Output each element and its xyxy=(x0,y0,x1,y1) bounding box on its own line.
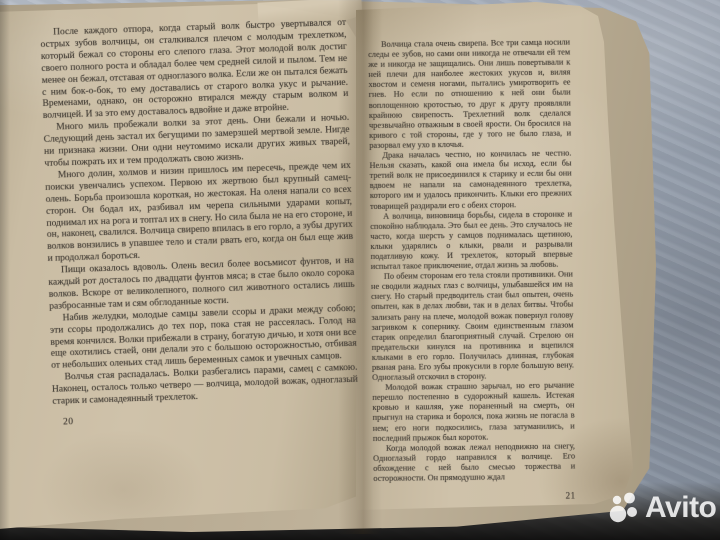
paragraph: Когда молодой вожак лежал неподвижно на … xyxy=(373,441,575,484)
book-photo: После каждого отпора, когда старый волк … xyxy=(0,0,720,540)
right-page-paragraphs: Волчица стала очень свирепа. Все три сам… xyxy=(368,38,575,485)
avito-wordmark: Avito xyxy=(645,491,716,525)
avito-watermark: Avito xyxy=(608,490,716,526)
paragraph: Набив желудки, молодые самцы завели ссор… xyxy=(49,303,357,373)
paragraph: Драка началась честно, но кончилась не ч… xyxy=(369,149,572,212)
paragraph: Молодой вожак страшно зарычал, но его ры… xyxy=(372,381,575,444)
paragraph: Много долин, холмов и низин пришлось им … xyxy=(45,161,354,266)
paragraph: По обеим сторонам его тела стояли против… xyxy=(371,270,574,383)
left-page-paragraphs: После каждого отпора, когда старый волк … xyxy=(40,18,358,409)
photo-edge-vignette xyxy=(0,0,10,540)
right-page-text: Волчица стала очень свирепа. Все три сам… xyxy=(368,38,576,504)
avito-logo-icon xyxy=(608,490,642,526)
paragraph: А волчица, виновница борьбы, сидела в ст… xyxy=(370,209,573,272)
paragraph: После каждого отпора, когда старый волк … xyxy=(40,18,349,123)
left-page-text: После каждого отпора, когда старый волк … xyxy=(40,18,359,430)
paragraph: Волчица стала очень свирепа. Все три сам… xyxy=(368,38,571,151)
